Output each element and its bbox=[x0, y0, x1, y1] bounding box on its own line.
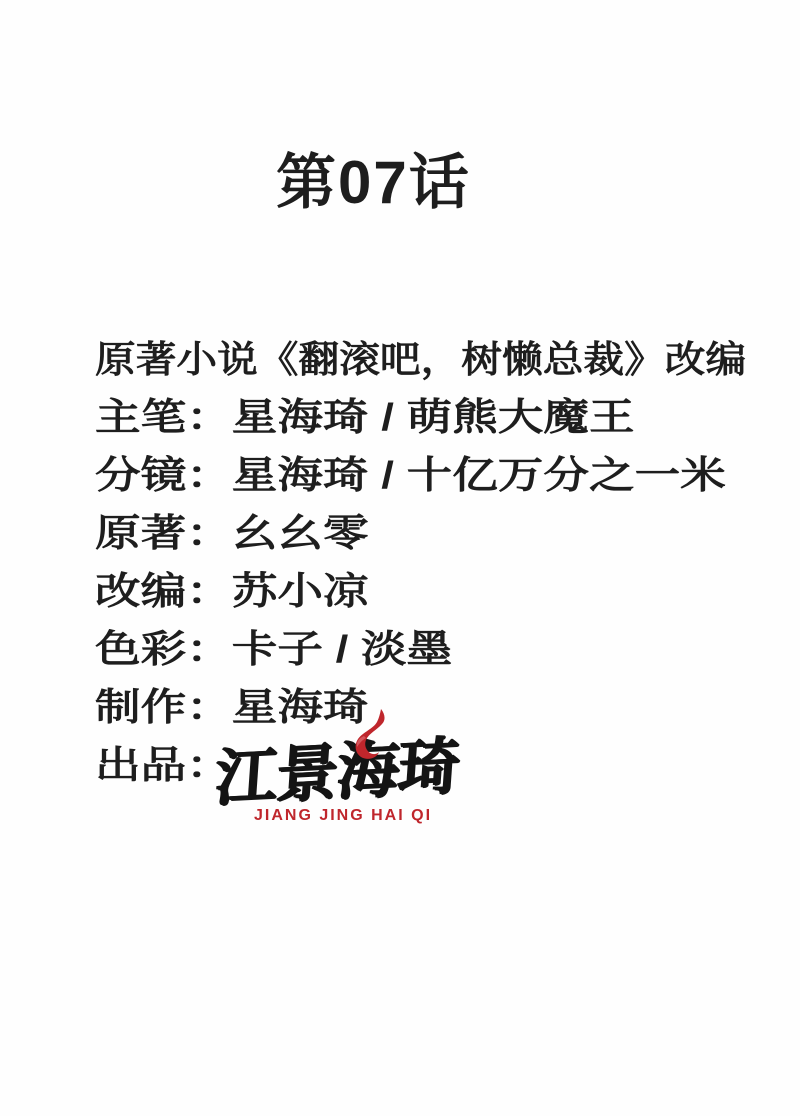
credit-line-original-author: 原著：幺幺零 bbox=[95, 505, 800, 563]
credits-list: 原著小说《翻滚吧，树懒总裁》改编 主笔：星海琦 / 萌熊大魔王 分镜：星海琦 /… bbox=[95, 331, 795, 795]
publisher-logo: 江景海琦 JIANG JING HAI QI bbox=[213, 743, 473, 825]
koi-fish-icon bbox=[350, 709, 390, 759]
credit-line-production: 制作：星海琦 bbox=[95, 679, 800, 737]
credit-line-adaptation: 改编：苏小凉 bbox=[95, 563, 800, 621]
logo-hanzi-text: 江景海琦 bbox=[213, 729, 478, 815]
credit-line-color: 色彩：卡子 / 淡墨 bbox=[95, 621, 800, 679]
credit-line-original-novel: 原著小说《翻滚吧，树懒总裁》改编 bbox=[95, 331, 800, 389]
credit-line-lead-artist: 主笔：星海琦 / 萌熊大魔王 bbox=[95, 389, 800, 447]
episode-title: 第07话 bbox=[276, 148, 471, 218]
credits-page: 第07话 原著小说《翻滚吧，树懒总裁》改编 主笔：星海琦 / 萌熊大魔王 分镜：… bbox=[0, 0, 800, 1116]
credit-line-storyboard: 分镜：星海琦 / 十亿万分之一米 bbox=[95, 447, 800, 505]
